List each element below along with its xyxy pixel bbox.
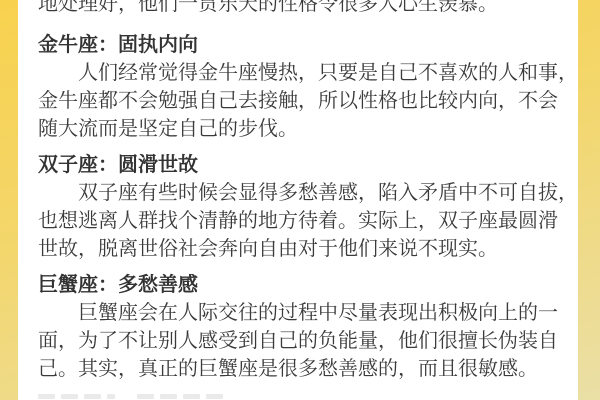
next-section-cutoff xyxy=(38,394,223,400)
paragraph-line: 金牛座都不会勉强自己去接触，所以性格也比较内向，不会 xyxy=(38,86,572,114)
paragraph-line: 随大流而是坚定自己的步伐。 xyxy=(38,114,572,142)
zodiac-section: 双子座：圆滑世故 双子座有些时候会显得多愁善感，陷入矛盾中不可自拔，也想逃离人群… xyxy=(38,150,572,262)
paragraph-line: 面，为了不让别人感受到自己的负能量，他们很擅长伪装自 xyxy=(38,326,572,354)
section-heading: 金牛座：固执内向 xyxy=(38,30,572,58)
zodiac-section: 金牛座：固执内向 人们经常觉得金牛座慢热，只要是自己不喜欢的人和事，金牛座都不会… xyxy=(38,30,572,142)
paragraph-line: 双子座有些时候会显得多愁善感，陷入矛盾中不可自拔， xyxy=(38,178,572,206)
intro-line-clipped: 地处理好，他们一贯乐天的性格令很多人心生羡慕。 xyxy=(38,0,572,17)
page-background: { "page": { "background_top_color": "#f8… xyxy=(0,0,600,400)
section-heading: 巨蟹座：多愁善感 xyxy=(38,270,572,298)
paragraph-line: 人们经常觉得金牛座慢热，只要是自己不喜欢的人和事， xyxy=(38,58,572,86)
article-text: 地处理好，他们一贯乐天的性格令很多人心生羡慕。 金牛座：固执内向 人们经常觉得金… xyxy=(38,0,572,382)
sections-container: 金牛座：固执内向 人们经常觉得金牛座慢热，只要是自己不喜欢的人和事，金牛座都不会… xyxy=(38,30,572,382)
zodiac-section: 巨蟹座：多愁善感 巨蟹座会在人际交往的过程中尽量表现出积极向上的一面，为了不让别… xyxy=(38,270,572,382)
paragraph-line: 也想逃离人群找个清静的地方待着。实际上，双子座最圆滑 xyxy=(38,206,572,234)
paragraph-line: 巨蟹座会在人际交往的过程中尽量表现出积极向上的一 xyxy=(38,298,572,326)
paragraph-line: 己。其实，真正的巨蟹座是很多愁善感的，而且很敏感。 xyxy=(38,354,572,382)
paragraph-line: 世故，脱离世俗社会奔向自由对于他们来说不现实。 xyxy=(38,234,572,262)
section-heading: 双子座：圆滑世故 xyxy=(38,150,572,178)
